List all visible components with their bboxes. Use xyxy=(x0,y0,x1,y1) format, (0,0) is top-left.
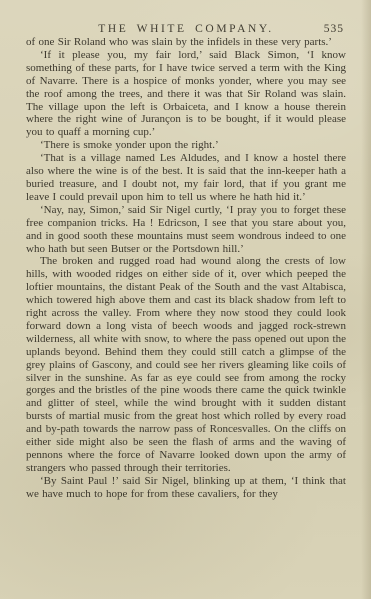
running-title: THE WHITE COMPANY. xyxy=(26,23,346,35)
book-gutter-shadow xyxy=(0,0,28,599)
paragraph: ‘Nay, nay, Simon,’ said Sir Nigel curtly… xyxy=(26,204,346,256)
page-edge-shadow xyxy=(361,0,371,599)
paragraph: The broken and rugged road had wound alo… xyxy=(26,255,346,474)
paragraph: ‘If it please you, my fair lord,’ said B… xyxy=(26,49,346,139)
scanned-book-page: THE WHITE COMPANY. 535 of one Sir Roland… xyxy=(0,0,371,599)
page-number: 535 xyxy=(324,23,344,35)
text-block: of one Sir Roland who was slain by the i… xyxy=(26,36,346,501)
page-header: THE WHITE COMPANY. 535 xyxy=(26,23,346,37)
paragraph: ‘By Saint Paul !’ said Sir Nigel, blinki… xyxy=(26,475,346,501)
paragraph: ‘That is a village named Les Aldudes, an… xyxy=(26,152,346,204)
paragraph: ‘There is smoke yonder upon the right.’ xyxy=(26,139,346,152)
paragraph: of one Sir Roland who was slain by the i… xyxy=(26,36,346,49)
